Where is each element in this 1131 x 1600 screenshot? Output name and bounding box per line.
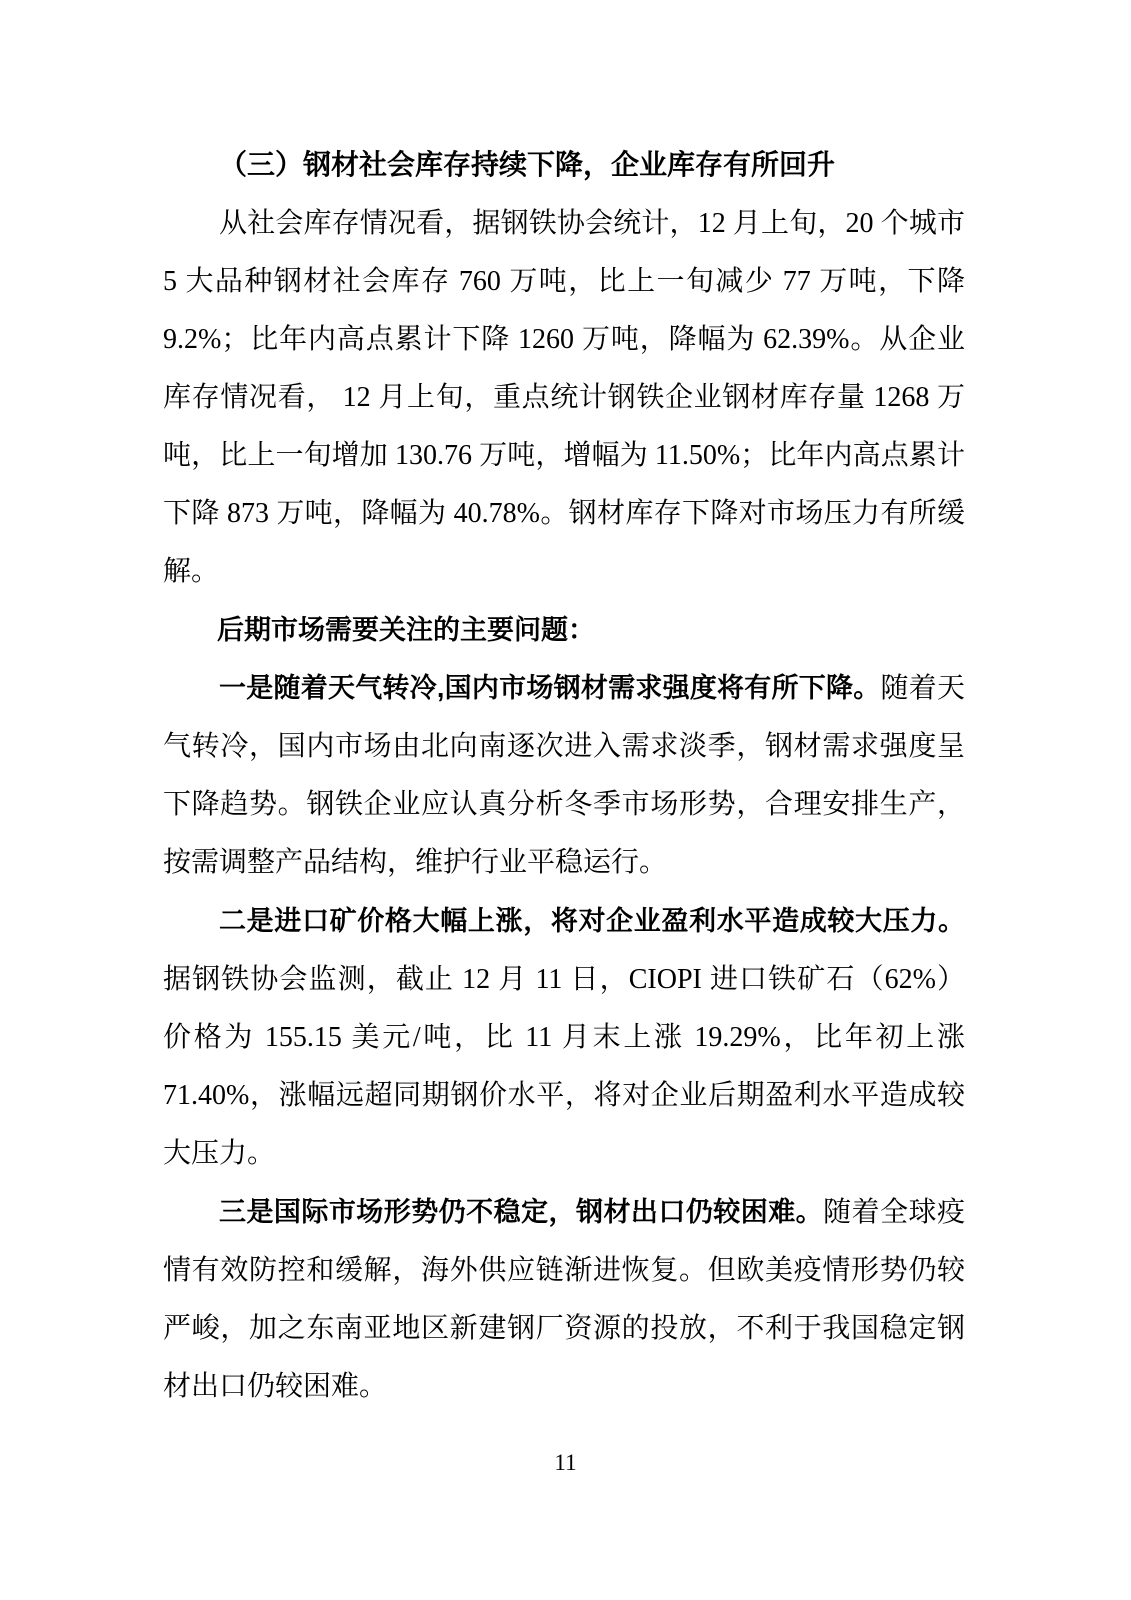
document-page: （三）钢材社会库存持续下降，企业库存有所回升 从社会库存情况看，据钢铁协会统计，…: [0, 0, 1131, 1600]
point-2-text: 据钢铁协会监测，截止 12 月 11 日，CIOPI 进口铁矿石（62%）价格为…: [163, 964, 965, 1169]
point-3-text: 随着全球疫情有效防控和缓解，海外供应链渐进恢复。但欧美疫情形势仍较严峻，加之东南…: [163, 1197, 965, 1402]
paragraph-point-1: 一是随着天气转冷,国内市场钢材需求强度将有所下降。随着天气转冷，国内市场由北向南…: [163, 659, 965, 892]
page-number: 11: [0, 1450, 1131, 1476]
point-1-lead: 一是随着天气转冷,国内市场钢材需求强度将有所下降。: [219, 673, 881, 703]
point-2-lead: 二是进口矿价格大幅上涨，将对企业盈利水平造成较大压力。: [219, 906, 965, 936]
point-3-lead: 三是国际市场形势仍不稳定，钢材出口仍较困难。: [219, 1197, 823, 1227]
issues-heading: 后期市场需要关注的主要问题：: [163, 601, 965, 659]
section-heading: （三）钢材社会库存持续下降，企业库存有所回升: [163, 137, 965, 195]
document-body: （三）钢材社会库存持续下降，企业库存有所回升 从社会库存情况看，据钢铁协会统计，…: [163, 137, 965, 1416]
paragraph-point-2: 二是进口矿价格大幅上涨，将对企业盈利水平造成较大压力。据钢铁协会监测，截止 12…: [163, 892, 965, 1183]
point-1-text: 随着天气转冷，国内市场由北向南逐次进入需求淡季，钢材需求强度呈下降趋势。钢铁企业…: [163, 673, 965, 878]
paragraph-point-3: 三是国际市场形势仍不稳定，钢材出口仍较困难。随着全球疫情有效防控和缓解，海外供应…: [163, 1183, 965, 1416]
paragraph-inventory: 从社会库存情况看，据钢铁协会统计，12 月上旬，20 个城市 5 大品种钢材社会…: [163, 195, 965, 601]
